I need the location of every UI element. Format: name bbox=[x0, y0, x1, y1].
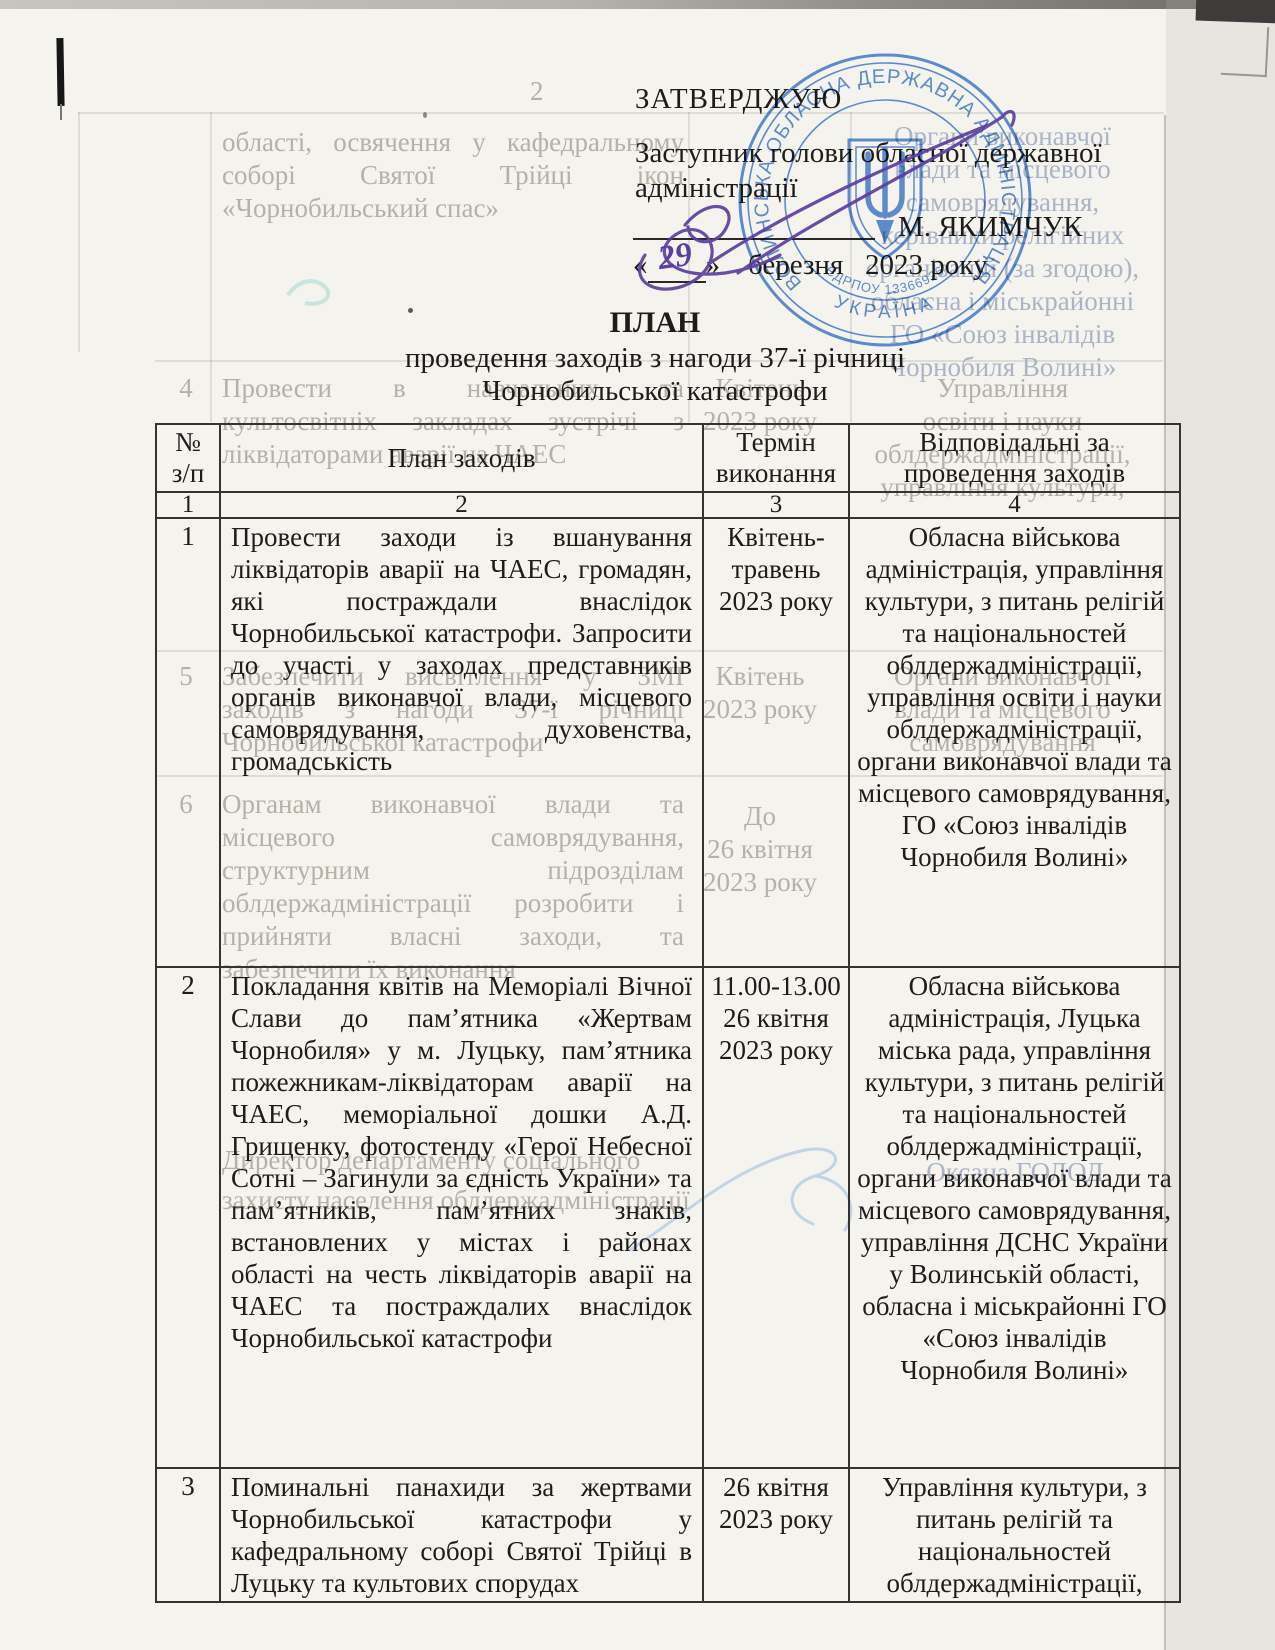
row-responsible: Управління культури, з питань релігій та… bbox=[849, 1468, 1180, 1602]
page-title: ПЛАН bbox=[155, 306, 1155, 340]
table-header-row: №з/п План заходів Термінвиконання Відпов… bbox=[156, 424, 1180, 492]
row-plan-text: Поминальні панахиди за жертвами Чорнобил… bbox=[220, 1468, 703, 1602]
colnum-4: 4 bbox=[849, 492, 1180, 518]
page-subtitle-line2: Чорнобильської катастрофи bbox=[155, 375, 1155, 408]
row-responsible: Обласна військова адміністрація, управлі… bbox=[849, 518, 1180, 967]
colnum-2: 2 bbox=[220, 492, 703, 518]
colnum-3: 3 bbox=[703, 492, 849, 518]
row-number: 3 bbox=[156, 1468, 220, 1602]
table-row: 3 Поминальні панахиди за жертвами Чорноб… bbox=[156, 1468, 1180, 1602]
colnum-1: 1 bbox=[156, 492, 220, 518]
bleed-page-number: 2 bbox=[530, 75, 570, 108]
bleed-table-line bbox=[78, 112, 80, 352]
row-plan-text: Покладання квітів на Меморіалі Вічної Сл… bbox=[220, 967, 703, 1468]
header-responsible-col: Відповідальні запроведення заходів bbox=[849, 424, 1180, 492]
scan-left-bar-artifact bbox=[56, 38, 64, 106]
page-right-shade bbox=[1166, 0, 1275, 1650]
column-numbers-row: 1 2 3 4 bbox=[156, 492, 1180, 518]
row-number: 2 bbox=[156, 967, 220, 1468]
scan-left-bar-tail bbox=[60, 104, 62, 120]
pen-signature bbox=[590, 95, 1050, 315]
scan-top-edge bbox=[0, 0, 1275, 9]
header-number-col: №з/п bbox=[156, 424, 220, 492]
page-subtitle-line1: проведення заходів з нагоди 37-ї річниці bbox=[155, 342, 1155, 375]
table-row: 1 Провести заходи із вшанування ліквідат… bbox=[156, 518, 1180, 967]
row-number: 1 bbox=[156, 518, 220, 967]
table-row: 2 Покладання квітів на Меморіалі Вічної … bbox=[156, 967, 1180, 1468]
row-term: Квітень-травень2023 року bbox=[703, 518, 849, 967]
plan-table: №з/п План заходів Термінвиконання Відпов… bbox=[155, 423, 1181, 1603]
scanned-document-page: 2 області, освячення у кафедральномусобо… bbox=[0, 0, 1275, 1650]
header-term-col: Термінвиконання bbox=[703, 424, 849, 492]
row-responsible: Обласна військова адміністрація, Луцька … bbox=[849, 967, 1180, 1468]
row-plan-text: Провести заходи із вшанування ліквідатор… bbox=[220, 518, 703, 967]
header-plan-col: План заходів bbox=[220, 424, 703, 492]
row-term: 26 квітня2023 року bbox=[703, 1468, 849, 1602]
row-term: 11.00-13.0026 квітня2023 року bbox=[703, 967, 849, 1468]
